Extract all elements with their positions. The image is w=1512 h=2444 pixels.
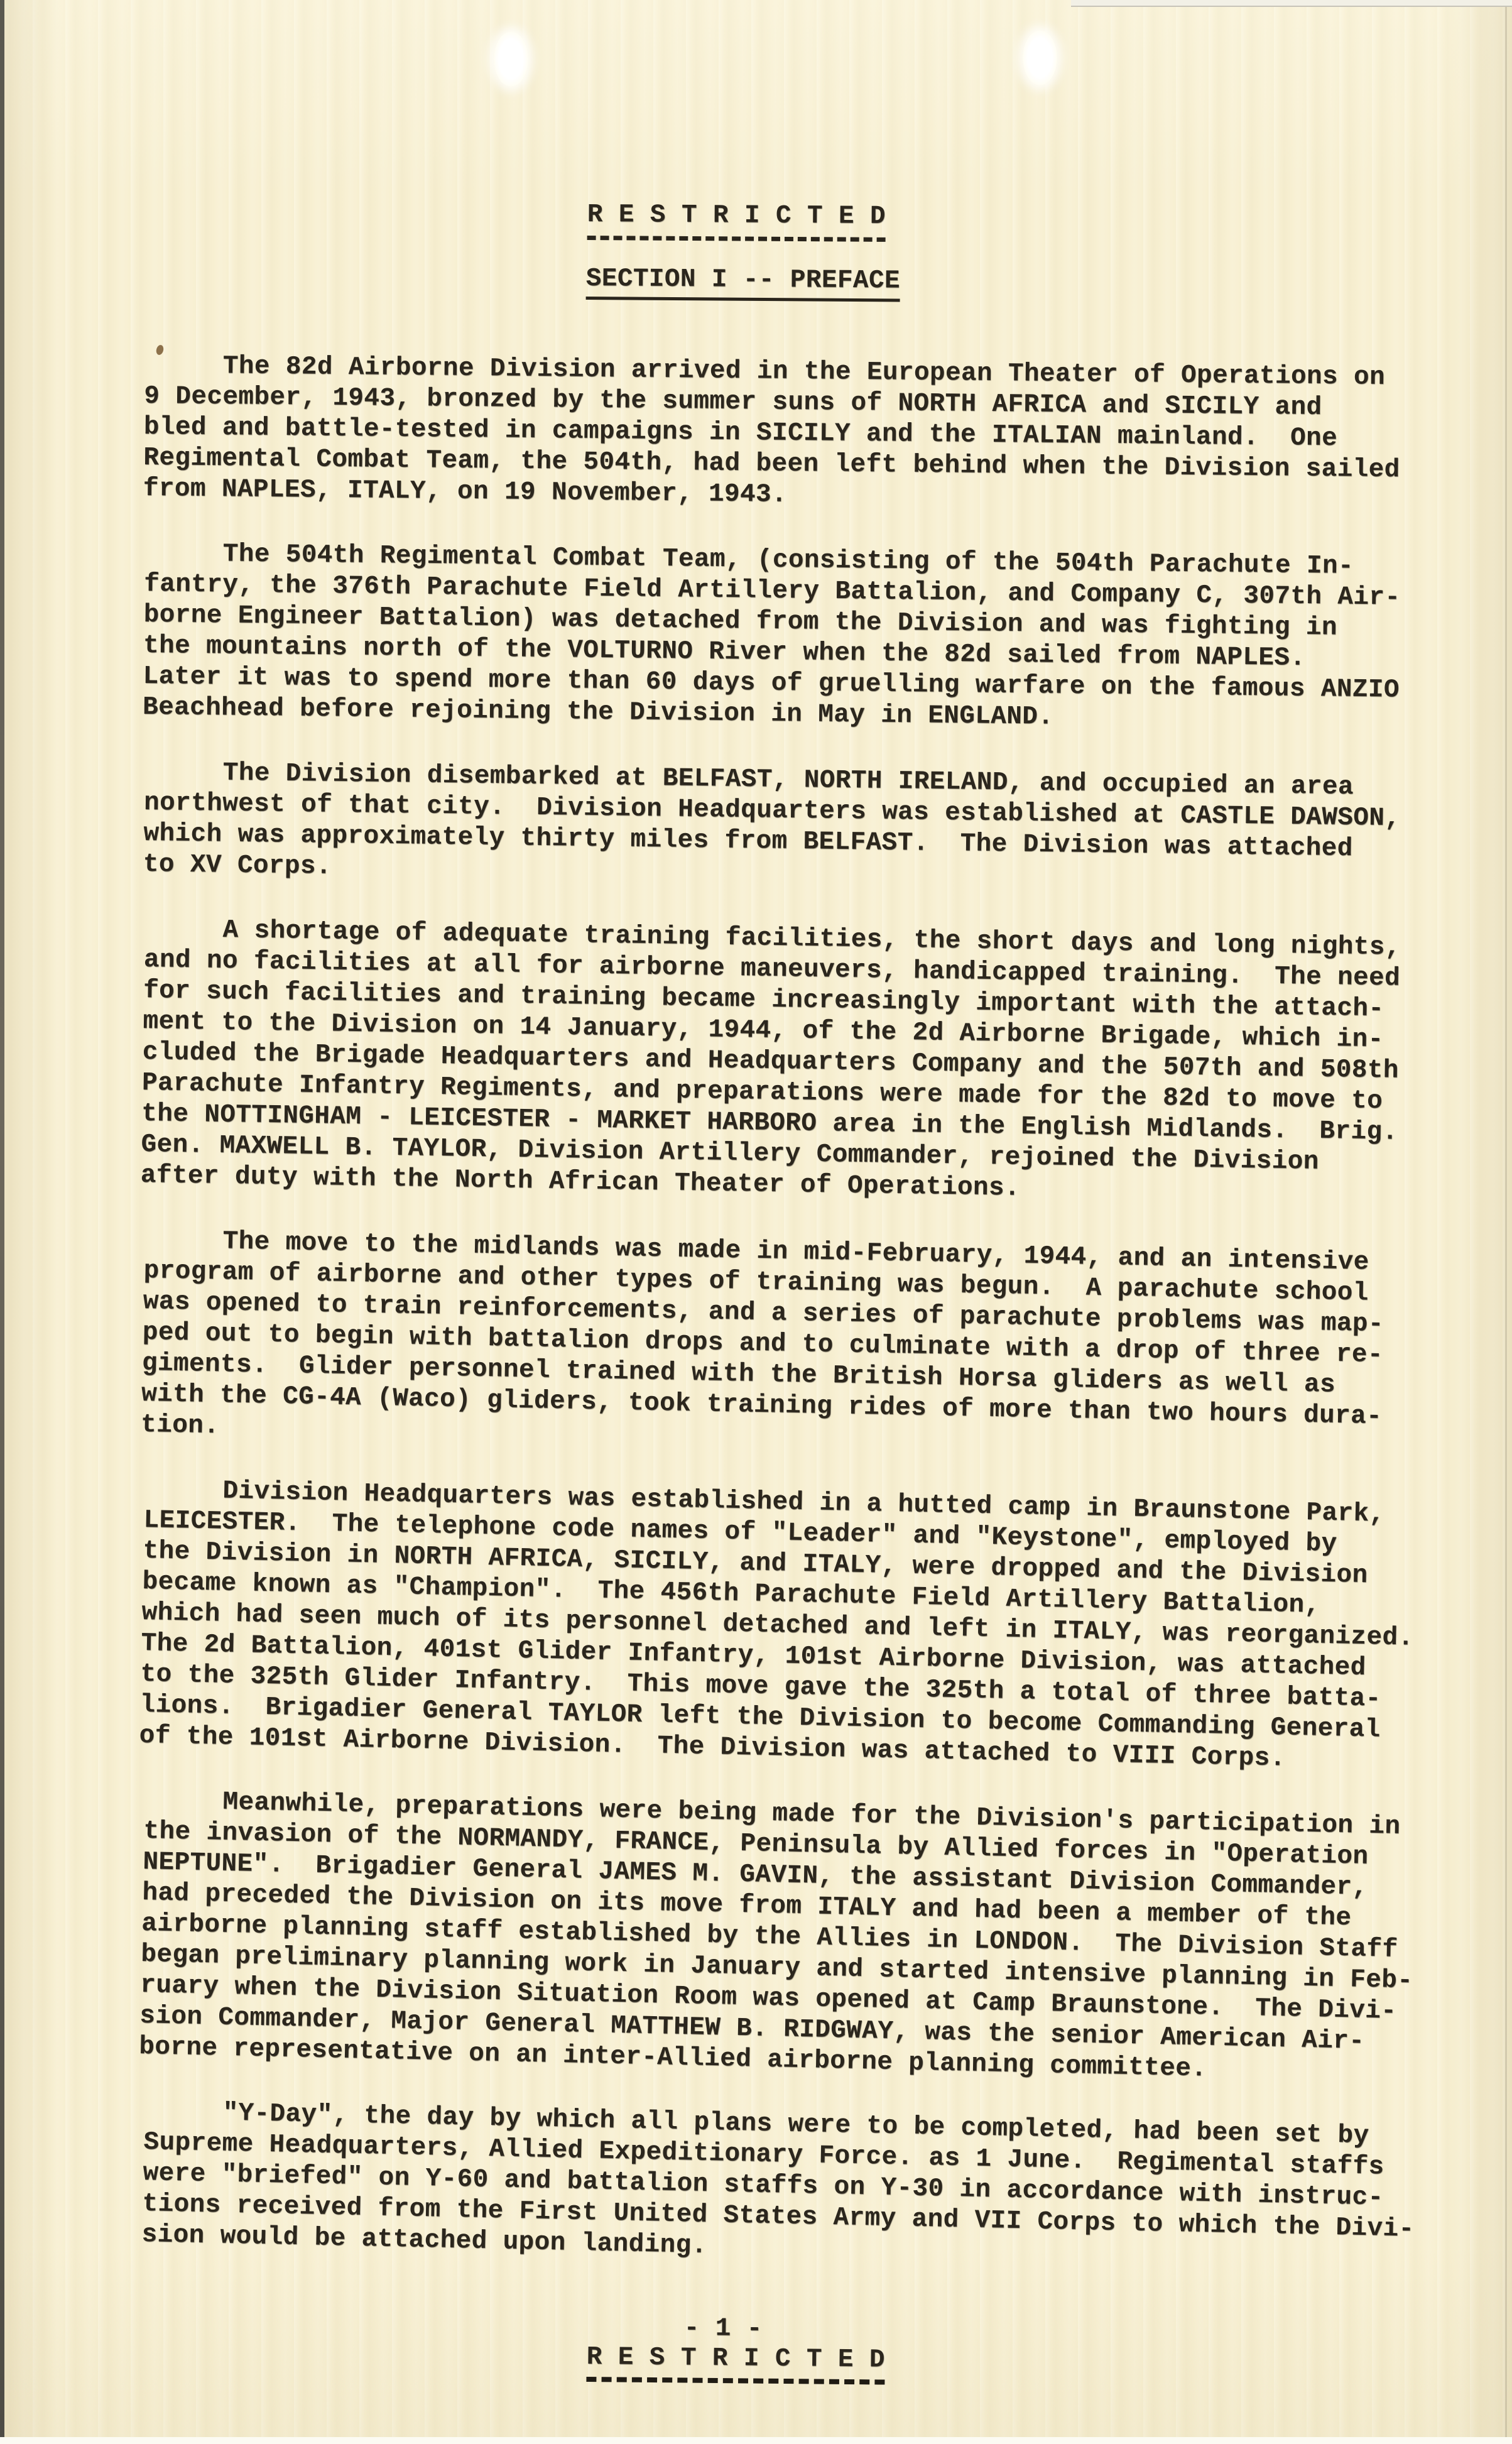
paragraph-3: The Division disembarked at BELFAST, NOR… bbox=[143, 757, 1457, 897]
classification-footer: R E S T R I C T E D bbox=[586, 2342, 885, 2385]
punch-hole-left bbox=[494, 31, 528, 87]
paragraph-4: A shortage of adequate training faciliti… bbox=[140, 914, 1457, 1211]
document-body: The 82d Airborne Division arrived in the… bbox=[144, 351, 1457, 2284]
page-number: - 1 - bbox=[683, 2313, 763, 2345]
page-right-edge bbox=[1505, 0, 1507, 2444]
paragraph-5: The move to the midlands was made in mid… bbox=[141, 1225, 1457, 1465]
scan-top-strip bbox=[1071, 0, 1512, 7]
paragraph-1: The 82d Airborne Division arrived in the… bbox=[143, 351, 1457, 517]
punch-hole-right bbox=[1023, 30, 1057, 85]
paragraph-6: Division Headquarters was established in… bbox=[139, 1475, 1457, 1778]
section-heading: SECTION I -- PREFACE bbox=[586, 264, 900, 302]
paragraph-2: The 504th Regimental Combat Team, (consi… bbox=[143, 538, 1457, 738]
scan-bottom-strip bbox=[0, 2437, 1512, 2444]
classification-header: R E S T R I C T E D bbox=[587, 200, 886, 242]
document-page: R E S T R I C T E D SECTION I -- PREFACE… bbox=[0, 0, 1512, 2444]
paragraph-8: "Y-Day", the day by which all plans were… bbox=[141, 2097, 1457, 2277]
page-left-edge bbox=[0, 0, 4, 2444]
paragraph-7: Meanwhile, preparations were being made … bbox=[139, 1786, 1457, 2090]
